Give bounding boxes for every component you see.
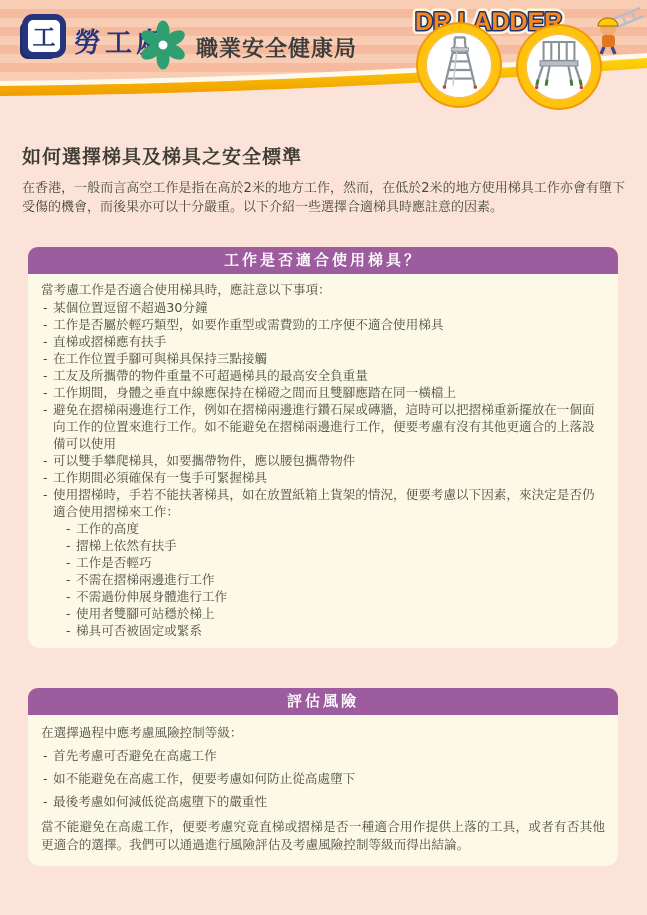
list-item-text: 工作期間，身體之垂直中線應保持在梯磴之間而且雙腳應踏在同一橫檔上 (53, 385, 456, 400)
list-item-text: 工作是否屬於輕巧類型，如要作重型或需費勁的工序便不適合使用梯具 (53, 317, 443, 332)
list-item-text: 如不能避免在高處工作，便要考慮如何防止從高處墮下 (53, 771, 355, 786)
list-item: 首先考慮可否避免在高處工作 (41, 747, 605, 764)
list-item: 工友及所攜帶的物件重量不可超過梯具的最高安全負重量 (41, 367, 605, 384)
list-item: 可以雙手攀爬梯具，如要攜帶物件，應以腰包攜帶物件 (41, 452, 605, 469)
sub-list-item: 工作是否輕巧 (64, 554, 605, 571)
section-body: 在選擇過程中應考慮風險控制等級： 首先考慮可否避免在高處工作如不能避免在高處工作… (28, 715, 618, 866)
sub-list-item: 摺梯上依然有扶手 (64, 537, 605, 554)
sub-list-item-text: 使用者雙腳可站穩於梯上 (76, 606, 215, 621)
list-item: 最後考慮如何減低從高處墮下的嚴重性 (41, 793, 605, 810)
section-lead: 在選擇過程中應考慮風險控制等級： (41, 724, 605, 741)
oshc-logo-icon (138, 20, 188, 74)
section-lead: 當考慮工作是否適合使用梯具時，應註意以下事項： (41, 281, 605, 298)
sub-list-item: 工作的高度 (64, 520, 605, 537)
checklist: 某個位置逗留不超過30分鐘工作是否屬於輕巧類型，如要作重型或需費勁的工序便不適合… (41, 299, 605, 639)
section-ladder-suitability: 工作是否適合使用梯具？ 當考慮工作是否適合使用梯具時，應註意以下事項： 某個位置… (28, 247, 618, 648)
sub-list-item-text: 不需過份伸展身體進行工作 (76, 589, 227, 604)
list-item: 如不能避免在高處工作，便要考慮如何防止從高處墮下 (41, 770, 605, 787)
oshc-name: 職業安全健康局 (196, 32, 357, 63)
sub-list-item-text: 摺梯上依然有扶手 (76, 538, 177, 553)
section-title: 工作是否適合使用梯具？ (224, 251, 422, 269)
list-item-text: 在工作位置手腳可與梯具保持三點接觸 (53, 351, 267, 366)
podium-ladder-photo (518, 26, 600, 108)
sub-list: 工作的高度摺梯上依然有扶手工作是否輕巧不需在摺梯兩邊進行工作不需過份伸展身體進行… (53, 520, 605, 639)
section-header: 評估風險 (28, 688, 618, 715)
sub-list-item-text: 不需在摺梯兩邊進行工作 (76, 572, 215, 587)
worker-mascot-icon (592, 2, 644, 60)
oshc-brand: 職業安全健康局 (138, 20, 357, 74)
leaflet-page: 工 勞工處 職業安全健康局 (0, 0, 647, 915)
labour-dept-logo-icon: 工 (18, 14, 66, 66)
list-item: 直梯或摺梯應有扶手 (41, 333, 605, 350)
list-item: 工作期間必須確保有一隻手可緊握梯具 (41, 469, 605, 486)
list-item-text: 直梯或摺梯應有扶手 (53, 334, 166, 349)
section-footer: 當不能避免在高處工作，便要考慮究竟直梯或摺梯是否一種適合用作提供上落的工具，或者… (41, 818, 605, 854)
risk-list: 首先考慮可否避免在高處工作如不能避免在高處工作，便要考慮如何防止從高處墮下最後考… (41, 747, 605, 810)
section-title: 評估風險 (287, 692, 359, 710)
list-item-text: 工作期間必須確保有一隻手可緊握梯具 (53, 470, 267, 485)
sub-list-item: 梯具可否被固定或緊系 (64, 622, 605, 639)
page-title: 如何選擇梯具及梯具之安全標準 (22, 142, 625, 169)
list-item-text: 工友及所攜帶的物件重量不可超過梯具的最高安全負重量 (53, 368, 368, 383)
section-header: 工作是否適合使用梯具？ (28, 247, 618, 274)
sub-list-item-text: 工作是否輕巧 (76, 555, 152, 570)
sub-list-item-text: 工作的高度 (76, 521, 139, 536)
list-item: 使用摺梯時，手若不能扶著梯具，如在放置紙箱上貨架的情況，便要考慮以下因素，來決定… (41, 486, 605, 639)
list-item: 工作是否屬於輕巧類型，如要作重型或需費勁的工序便不適合使用梯具 (41, 316, 605, 333)
list-item: 避免在摺梯兩邊進行工作，例如在摺梯兩邊進行鑽石屎或磚牆，這時可以把摺梯重新擺放在… (41, 401, 605, 452)
list-item: 工作期間，身體之垂直中線應保持在梯磴之間而且雙腳應踏在同一橫檔上 (41, 384, 605, 401)
intro-paragraph: 在香港，一般而言高空工作是指在高於2米的地方工作，然而，在低於2米的地方使用梯具… (22, 179, 625, 217)
svg-text:工: 工 (33, 25, 56, 51)
section-risk-assessment: 評估風險 在選擇過程中應考慮風險控制等級： 首先考慮可否避免在高處工作如不能避免… (28, 688, 618, 866)
masthead: 工 勞工處 職業安全健康局 (0, 0, 647, 118)
list-item: 某個位置逗留不超過30分鐘 (41, 299, 605, 316)
platform-ladder-photo (418, 24, 500, 106)
sub-list-item: 不需過份伸展身體進行工作 (64, 588, 605, 605)
sub-list-item-text: 梯具可否被固定或緊系 (76, 623, 202, 638)
sub-list-item: 不需在摺梯兩邊進行工作 (64, 571, 605, 588)
list-item: 在工作位置手腳可與梯具保持三點接觸 (41, 350, 605, 367)
list-item-text: 某個位置逗留不超過30分鐘 (53, 300, 208, 315)
list-item-text: 使用摺梯時，手若不能扶著梯具，如在放置紙箱上貨架的情況，便要考慮以下因素，來決定… (53, 487, 595, 519)
list-item-text: 避免在摺梯兩邊進行工作，例如在摺梯兩邊進行鑽石屎或磚牆，這時可以把摺梯重新擺放在… (53, 402, 595, 451)
list-item-text: 最後考慮如何減低從高處墮下的嚴重性 (53, 794, 267, 809)
list-item-text: 可以雙手攀爬梯具，如要攜帶物件，應以腰包攜帶物件 (53, 453, 355, 468)
sub-list-item: 使用者雙腳可站穩於梯上 (64, 605, 605, 622)
list-item-text: 首先考慮可否避免在高處工作 (53, 748, 217, 763)
section-body: 當考慮工作是否適合使用梯具時，應註意以下事項： 某個位置逗留不超過30分鐘工作是… (28, 274, 618, 648)
